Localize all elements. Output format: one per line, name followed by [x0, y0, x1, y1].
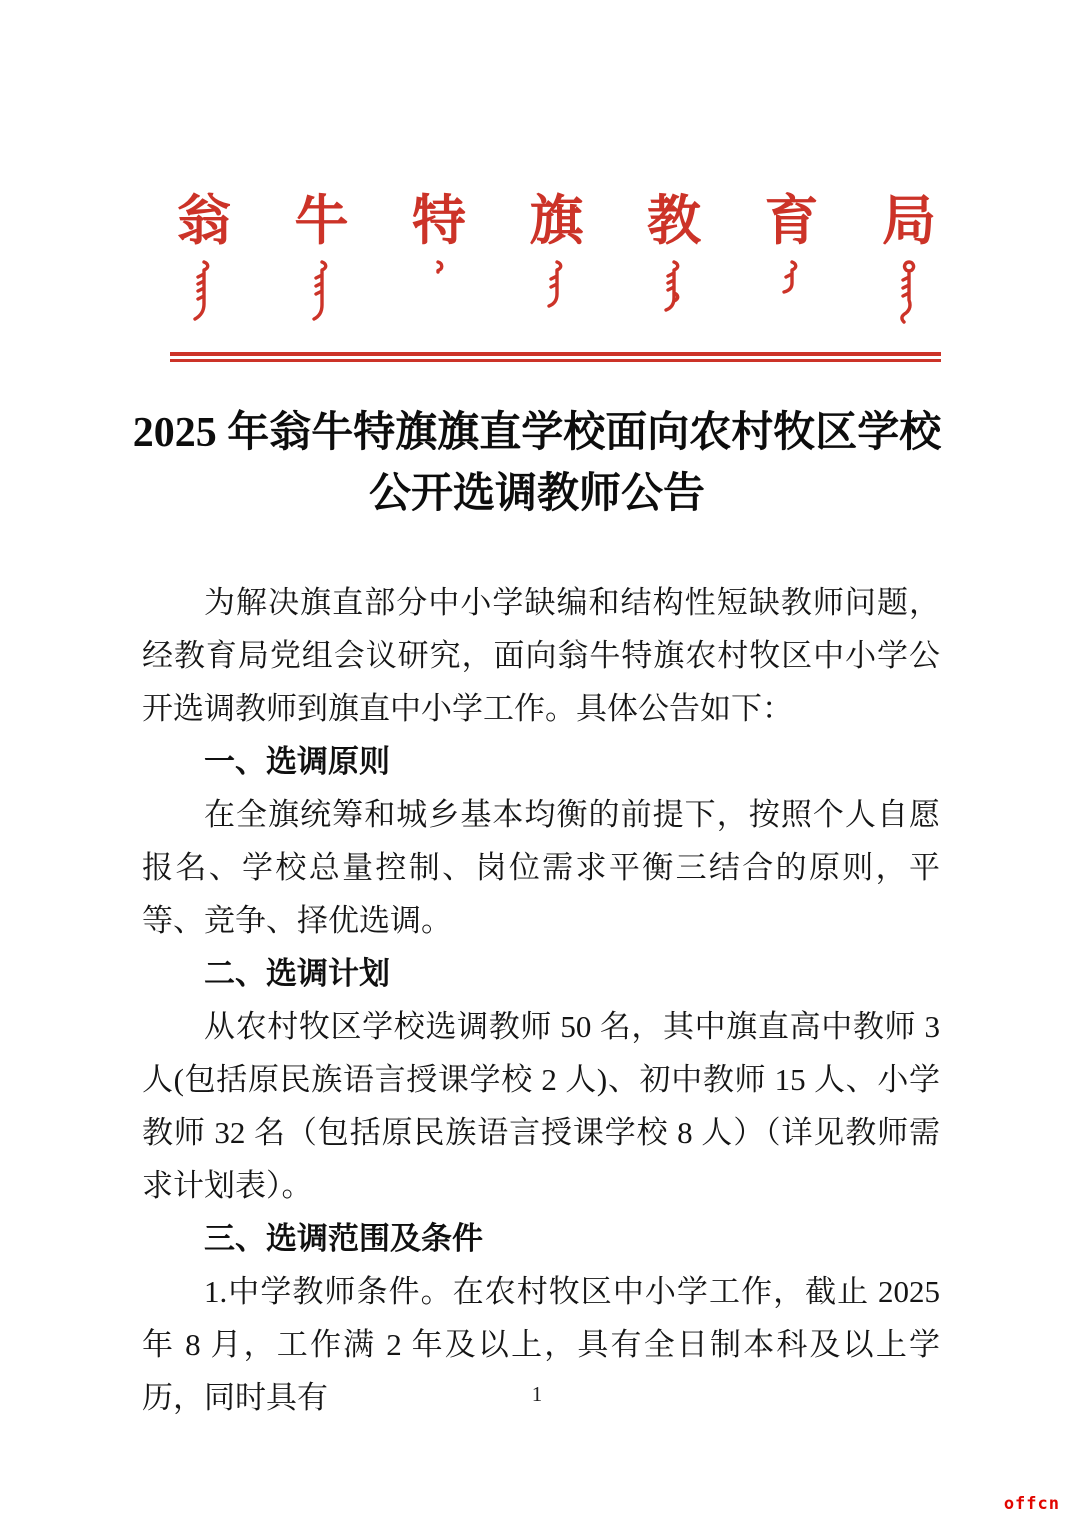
letterhead-cell: 局: [875, 190, 943, 324]
letterhead-cell: 育: [758, 190, 826, 324]
page-number: 1: [0, 1382, 1074, 1407]
section-heading-1: 一、选调原则: [142, 735, 940, 788]
title-line-2: 公开选调教师公告: [0, 464, 1074, 525]
letterhead-character: 育: [765, 190, 819, 252]
body-paragraph: 为解决旗直部分中小学缺编和结构性短缺教师问题，经教育局党组会议研究，面向翁牛特旗…: [142, 576, 940, 735]
letterhead-character: 特: [412, 190, 466, 252]
letterhead-cell: 翁: [170, 190, 238, 324]
title-line-1: 2025 年翁牛特旗旗直学校面向农村牧区学校: [0, 403, 1074, 464]
divider-thin-line: [170, 359, 941, 362]
mongolian-vertical-script-icon: [779, 260, 805, 294]
letterhead-cell: 特: [405, 190, 473, 324]
document-page: 翁 牛 特 旗 教: [0, 0, 1074, 1520]
letterhead-divider: [170, 352, 941, 362]
mongolian-vertical-script-icon: [426, 260, 452, 274]
section-heading-3: 三、选调范围及条件: [142, 1212, 940, 1265]
mongolian-vertical-script-icon: [544, 260, 570, 308]
letterhead-character: 旗: [530, 190, 584, 252]
mongolian-vertical-script-icon: [896, 260, 922, 324]
mongolian-vertical-script-icon: [309, 260, 335, 322]
offcn-watermark: offcn: [1004, 1494, 1060, 1514]
letterhead-character: 牛: [295, 190, 349, 252]
mongolian-vertical-script-icon: [661, 260, 687, 312]
letterhead-cell: 旗: [523, 190, 591, 324]
mongolian-vertical-script-icon: [191, 260, 217, 322]
divider-thick-line: [170, 352, 941, 356]
letterhead-character: 翁: [177, 190, 231, 252]
letterhead-character: 教: [647, 190, 701, 252]
body-paragraph: 在全旗统筹和城乡基本均衡的前提下，按照个人自愿报名、学校总量控制、岗位需求平衡三…: [142, 788, 940, 947]
letterhead-character: 局: [882, 190, 936, 252]
letterhead-cell: 教: [640, 190, 708, 324]
letterhead: 翁 牛 特 旗 教: [170, 190, 943, 324]
section-heading-2: 二、选调计划: [142, 947, 940, 1000]
letterhead-cell: 牛: [288, 190, 356, 324]
document-title: 2025 年翁牛特旗旗直学校面向农村牧区学校 公开选调教师公告: [0, 403, 1074, 525]
document-body: 为解决旗直部分中小学缺编和结构性短缺教师问题，经教育局党组会议研究，面向翁牛特旗…: [142, 576, 940, 1424]
body-paragraph: 从农村牧区学校选调教师 50 名，其中旗直高中教师 3 人(包括原民族语言授课学…: [142, 1000, 940, 1212]
